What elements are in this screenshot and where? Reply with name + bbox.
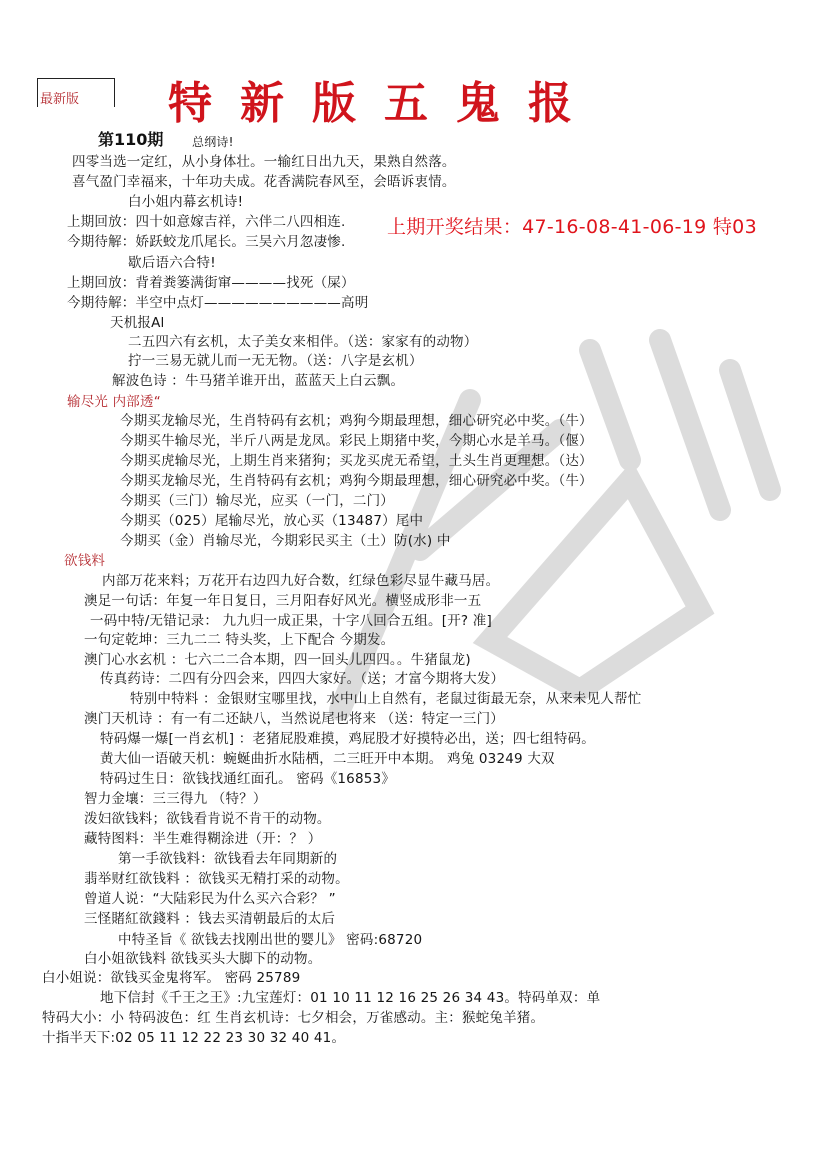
wave-poem: 解波色诗 ：牛马猪羊谁开出，蓝蓝天上白云飘。 — [112, 372, 404, 390]
money-line: 特码爆一爆[一肖玄机] ：老猪屁股难摸，鸡屁股才好摸特必出，送；四七组特码。 — [100, 730, 595, 748]
money-line: 黄大仙一语破天机：蜿蜒曲折水陆栖，二三旺开中本期。 鸡兔 03249 大双 — [100, 750, 555, 768]
money-line: 白小姐欲钱料 欲钱买头大脚下的动物。 — [84, 950, 321, 968]
money-line: 特别中特料 ：金银财宝哪里找，水中山上自然有，老鼠过街最无奈，从来未见人帮忙 — [130, 690, 641, 708]
money-line: 传真药诗：二四有分四会来，四四大家好。（送；才富今期将大发） — [100, 670, 504, 688]
money-heading: 欲钱料 — [64, 552, 105, 570]
miss-bai-this: 今期待解：娇跃蛟龙爪尾长。三吴六月忽凄惨. — [67, 233, 346, 251]
poem-line-2: 喜气盈门幸福来，十年功夫成。花香满院春风至，会晤诉衷情。 — [72, 173, 456, 191]
miss-bai-heading: 白小姐内幕玄机诗! — [128, 193, 243, 211]
edition-badge-label: 最新版 — [40, 88, 79, 107]
money-line: 一句定乾坤：三九二二 特头奖，上下配合 今期发。 — [84, 631, 394, 649]
money-line: 藏特图料：半生难得糊涂进（开：？ ） — [84, 830, 321, 848]
page-title: 特新版五鬼报 — [168, 76, 600, 132]
money-line: 一码中特/无错记录： 九九归一成正果，十字八回合五组。[开? 准] — [90, 612, 492, 630]
money-line: 十指半天下:02 05 11 12 22 23 30 32 40 41。 — [42, 1029, 345, 1047]
xiehouyu-this: 今期待解：半空中点灯——————————高明 — [67, 294, 368, 312]
xiehouyu-last: 上期回放：背着粪篓满街窜————找死（屎） — [67, 274, 355, 292]
money-line: 地下信封《千王之王》:九宝莲灯：01 10 11 12 16 25 26 34 … — [100, 989, 600, 1007]
money-line: 澳门心水玄机 ：七六二二合本期，四一回头儿四四。。牛猪鼠龙) — [84, 651, 471, 669]
money-line: 特码大小：小 特码波色：红 生肖玄机诗：七夕相会，万雀感动。主：猴蛇兔羊猪。 — [42, 1009, 544, 1027]
tianji-line-1: 二五四六有玄机，太子美女来相伴。（送：家家有的动物） — [128, 333, 477, 351]
last-draw-result: 上期开奖结果：47-16-08-41-06-19 特03 — [387, 212, 757, 239]
tianji-heading: 天机报Al — [110, 314, 165, 332]
money-line: 内部万花来料；万花开右边四九好合数，红绿色彩尽显牛藏马居。 — [102, 572, 499, 590]
money-line: 翡举财红欲钱料 ：欲钱买无精打采的动物。 — [84, 870, 349, 888]
issue-number: 第110期 — [98, 127, 163, 150]
tianji-line-2: 拧一三易无就儿而一无无物。（送：八字是玄机） — [128, 352, 423, 370]
edition-badge: 最新版 — [37, 78, 115, 107]
lose-all-heading: 输尽光 内部透“ — [67, 393, 161, 411]
money-line: 白小姐说：欲钱买金鬼将军。 密码 25789 — [42, 969, 300, 987]
money-line: 特码过生日：欲钱找通红面孔。 密码《16853》 — [100, 770, 395, 788]
xiehouyu-heading: 歇后语六合特! — [128, 254, 216, 272]
miss-bai-last: 上期回放：四十如意嫁吉祥，六伴二八四相连. — [67, 213, 346, 231]
lose-all-line: 今期买龙输尽光，生肖特码有玄机；鸡狗今期最理想，细心研究必中奖。（牛） — [120, 472, 593, 490]
poem-line-1: 四零当选一定红，从小身体壮。一输红日出九天，果熟自然落。 — [72, 153, 456, 171]
money-line: 澳门天机诗 ：有一有二还缺八，当然说尾也将来 （送：特定一三门） — [84, 710, 504, 728]
money-line: 第一手欲钱料：欲钱看去年同期新的 — [118, 850, 337, 868]
lose-all-line: 今期买（三门）输尽光，应买（一门，二门） — [120, 492, 394, 510]
lose-all-line: 今期买（金）肖输尽光，今期彩民买主（土）防(水) 中 — [120, 532, 451, 550]
money-line: 三怪賭紅欲錢料 ：钱去买清朝最后的太后 — [84, 910, 335, 928]
money-line: 泼妇欲钱料；欲钱看肯说不肯干的动物。 — [84, 810, 331, 828]
money-line: 智力金壤：三三得九 （特？） — [84, 790, 267, 808]
lose-all-line: 今期买龙输尽光，生肖特码有玄机；鸡狗今期最理想，细心研究必中奖。（牛） — [120, 412, 593, 430]
money-line: 曾道人说：“大陆彩民为什么买六合彩？ ” — [84, 890, 336, 908]
lose-all-line: 今期买（025）尾输尽光，放心买（13487）尾中 — [120, 512, 423, 530]
lose-all-line: 今期买虎输尽光，上期生肖来猪狗；买龙买虎无希望，土头生肖更理想。（达） — [120, 452, 593, 470]
money-line: 澳足一句话：年复一年日复日，三月阳春好风光。横竖成形非一五 — [84, 592, 481, 610]
poem-heading: 总纲诗! — [192, 133, 234, 151]
lose-all-line: 今期买牛输尽光，半斤八两是龙凤。彩民上期猪中奖，今期心水是羊马。（偃） — [120, 432, 593, 450]
money-line: 中特圣旨《 欲钱去找刚出世的婴儿》 密码:68720 — [118, 931, 422, 949]
